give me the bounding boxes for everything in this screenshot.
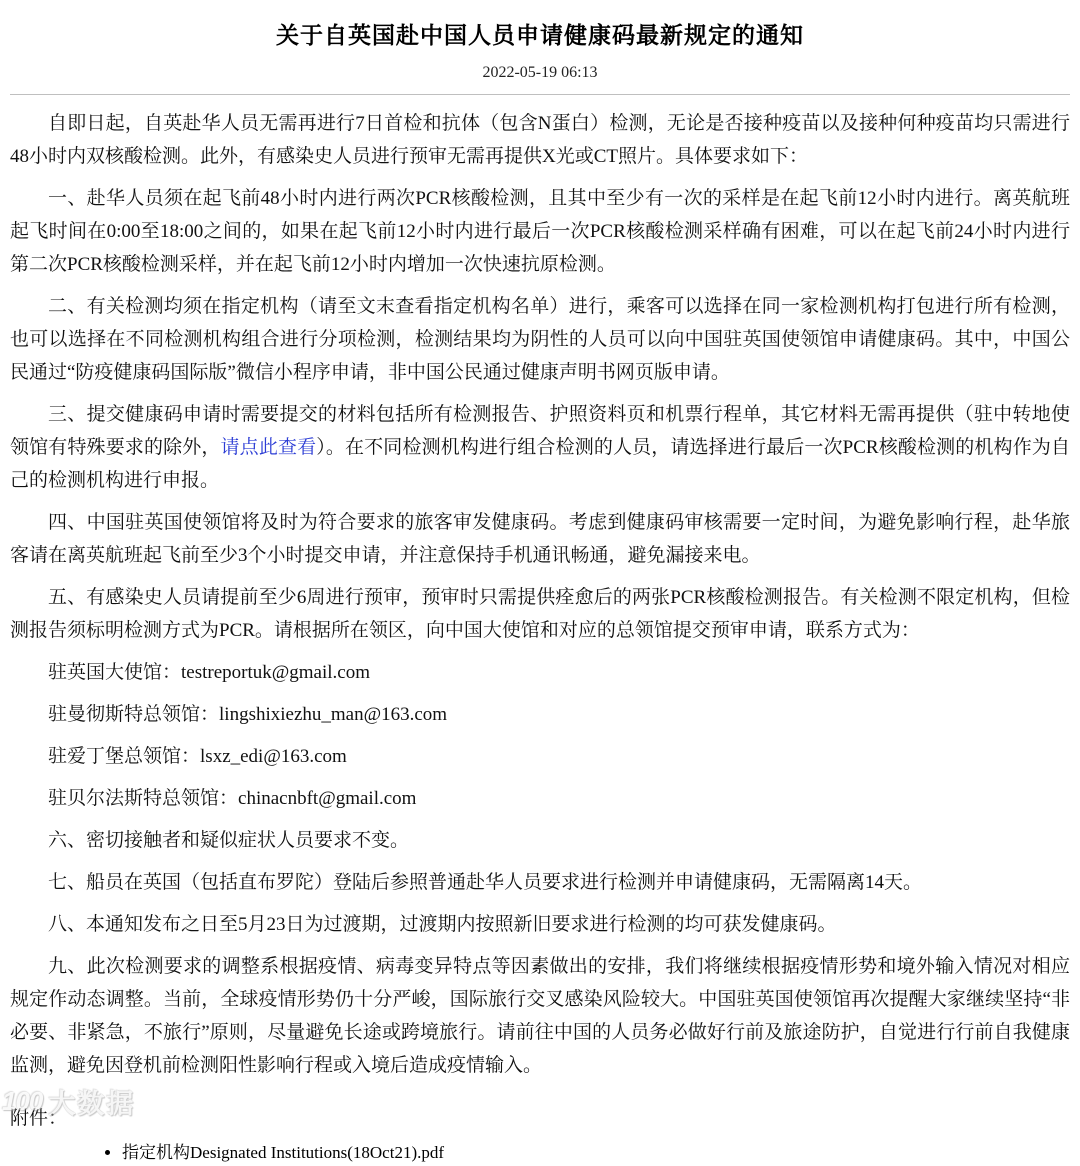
- contact-label: 驻爱丁堡总领馆：: [48, 746, 200, 767]
- notice-body: 自即日起，自英赴华人员无需再进行7日首检和抗体（包含N蛋白）检测，无论是否接种疫…: [10, 95, 1070, 1082]
- attachment-file-link[interactable]: 指定机构Designated Institutions(18Oct21).pdf: [122, 1140, 1070, 1166]
- contact-email: chinacnbft@gmail.com: [238, 788, 416, 809]
- para-item-7: 七、船员在英国（包括直布罗陀）登陆后参照普通赴华人员要求进行检测并申请健康码，无…: [10, 866, 1070, 899]
- para-item-2: 二、有关检测均须在指定机构（请至文末查看指定机构名单）进行，乘客可以选择在同一家…: [10, 290, 1070, 389]
- para-item-4: 四、中国驻英国使领馆将及时为符合要求的旅客审发健康码。考虑到健康码审核需要一定时…: [10, 506, 1070, 572]
- notice-page: 关于自英国赴中国人员申请健康码最新规定的通知 2022-05-19 06:13 …: [0, 0, 1080, 1166]
- para-item-5: 五、有感染史人员请提前至少6周进行预审，预审时只需提供痊愈后的两张PCR核酸检测…: [10, 581, 1070, 647]
- para-item-8: 八、本通知发布之日至5月23日为过渡期，过渡期内按照新旧要求进行检测的均可获发健…: [10, 908, 1070, 941]
- contact-email: lsxz_edi@163.com: [200, 746, 347, 767]
- contact-consulate-belfast: 驻贝尔法斯特总领馆：chinacnbft@gmail.com: [10, 782, 1070, 815]
- contact-label: 驻英国大使馆：: [48, 662, 181, 683]
- see-here-link[interactable]: 请点此查看: [221, 437, 317, 458]
- attachment-section: 附件： 指定机构Designated Institutions(18Oct21)…: [10, 1104, 1070, 1166]
- para-item-3: 三、提交健康码申请时需要提交的材料包括所有检测报告、护照资料页和机票行程单，其它…: [10, 398, 1070, 497]
- contact-consulate-edinburgh: 驻爱丁堡总领馆：lsxz_edi@163.com: [10, 740, 1070, 773]
- publish-timestamp: 2022-05-19 06:13: [10, 64, 1070, 82]
- para-item-6: 六、密切接触者和疑似症状人员要求不变。: [10, 824, 1070, 857]
- contact-email: testreportuk@gmail.com: [181, 662, 370, 683]
- contact-consulate-manchester: 驻曼彻斯特总领馆：lingshixiezhu_man@163.com: [10, 698, 1070, 731]
- contact-embassy-uk: 驻英国大使馆：testreportuk@gmail.com: [10, 656, 1070, 689]
- contact-label: 驻曼彻斯特总领馆：: [48, 704, 219, 725]
- attachment-label: 附件：: [10, 1104, 1070, 1134]
- para-intro: 自即日起，自英赴华人员无需再进行7日首检和抗体（包含N蛋白）检测，无论是否接种疫…: [10, 107, 1070, 173]
- para-item-1: 一、赴华人员须在起飞前48小时内进行两次PCR核酸检测，且其中至少有一次的采样是…: [10, 182, 1070, 281]
- contact-label: 驻贝尔法斯特总领馆：: [48, 788, 238, 809]
- page-title: 关于自英国赴中国人员申请健康码最新规定的通知: [10, 0, 1070, 50]
- para-item-9: 九、此次检测要求的调整系根据疫情、病毒变异特点等因素做出的安排，我们将继续根据疫…: [10, 950, 1070, 1082]
- contact-email: lingshixiezhu_man@163.com: [219, 704, 447, 725]
- attachment-list: 指定机构Designated Institutions(18Oct21).pdf: [10, 1140, 1070, 1166]
